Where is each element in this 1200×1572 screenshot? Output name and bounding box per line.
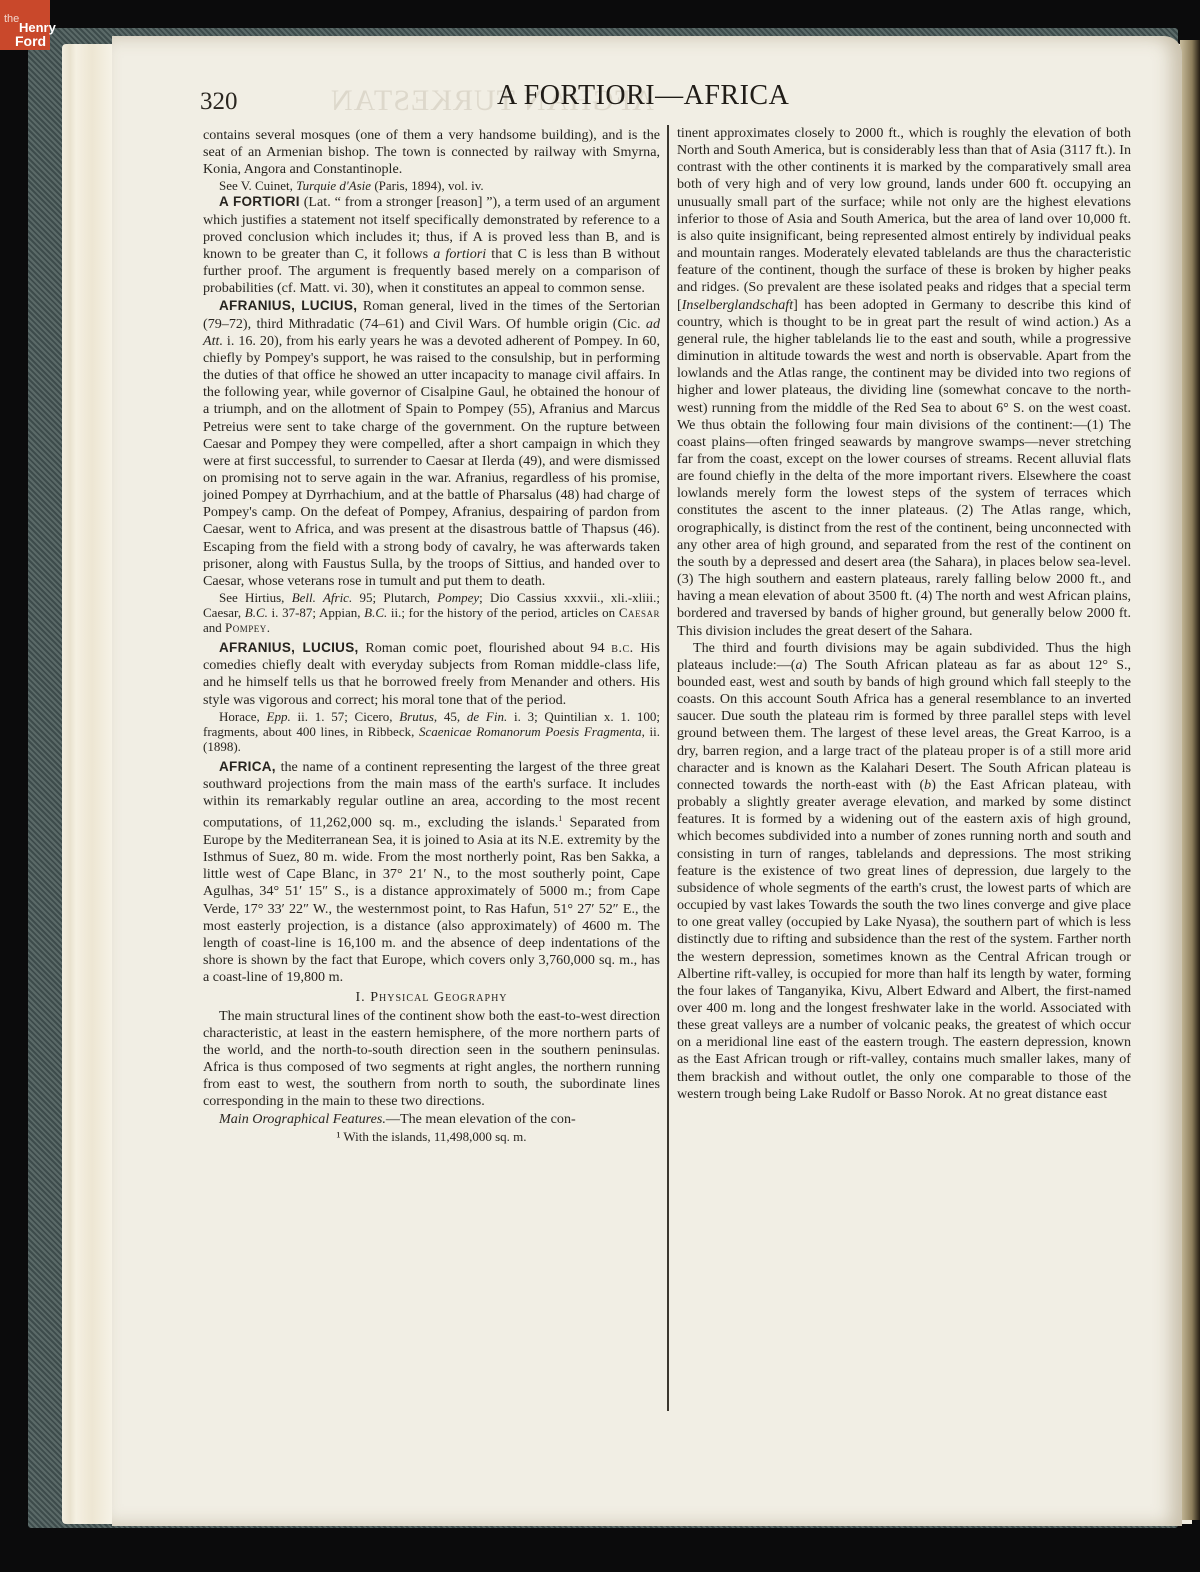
paragraph-orographical-start: Main Orographical Features.—The mean ele… <box>203 1111 660 1128</box>
headword-africa: AFRICA, <box>219 759 276 774</box>
column-rule <box>667 125 669 1411</box>
logo-text-ford: Ford <box>15 34 46 48</box>
page-number: 320 <box>200 88 238 116</box>
entry-afranius-poet: AFRANIUS, LUCIUS, Roman comic poet, flou… <box>203 639 660 709</box>
entry-afranius-general: AFRANIUS, LUCIUS, Roman general, lived i… <box>203 297 660 590</box>
book-gutter-right <box>1180 40 1200 1520</box>
page-running-title: A FORTIORI—AFRICA <box>497 80 789 112</box>
right-column: tinent approximates closely to 2000 ft.,… <box>677 125 1131 1103</box>
headword-afranius-1: AFRANIUS, LUCIUS, <box>219 298 357 313</box>
headword-a-fortiori: A FORTIORI <box>219 194 300 209</box>
paragraph-elevation: tinent approximates closely to 2000 ft.,… <box>677 125 1131 640</box>
paragraph-karahissar-end: contains several mosques (one of them a … <box>203 127 660 178</box>
paragraph-subdivisions: The third and fourth divisions may be ag… <box>677 640 1131 1103</box>
reference-afranius-poet: Horace, Epp. ii. 1. 57; Cicero, Brutus, … <box>203 709 660 754</box>
entry-africa: AFRICA, the name of a continent represen… <box>203 758 660 987</box>
section-heading-physical-geography: I. Physical Geography <box>203 989 660 1006</box>
henry-ford-watermark-logo: the Henry Ford <box>0 0 50 50</box>
paragraph-structural-lines: The main structural lines of the contine… <box>203 1008 660 1111</box>
reference-cuinet: See V. Cuinet, Turquie d'Asie (Paris, 18… <box>203 178 660 193</box>
left-column: contains several mosques (one of them a … <box>203 127 660 1145</box>
footnote-islands: ¹ With the islands, 11,498,000 sq. m. <box>203 1128 660 1145</box>
reference-afranius-general: See Hirtius, Bell. Afric. 95; Plutarch, … <box>203 590 660 635</box>
logo-text-the: the <box>4 14 19 25</box>
entry-a-fortiori: A FORTIORI (Lat. “ from a stronger [reas… <box>203 193 660 297</box>
headword-afranius-2: AFRANIUS, LUCIUS, <box>219 640 359 655</box>
